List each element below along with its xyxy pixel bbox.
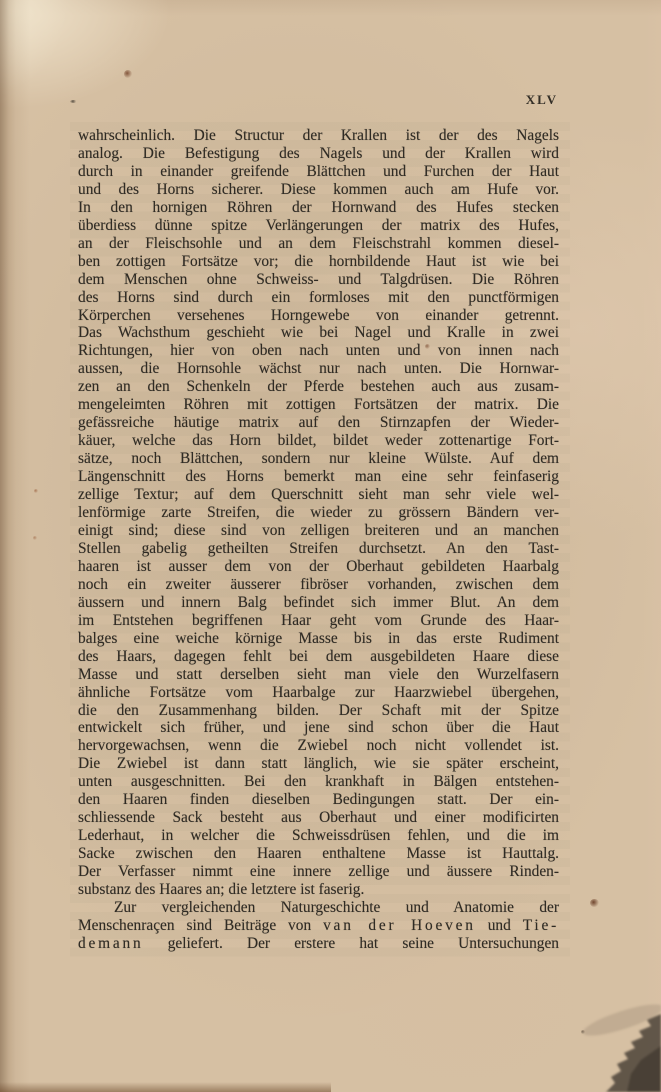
text-segment: unten ausgeschnitten. Bei den krankhaft … [78,773,559,790]
text-segment: die den Zusammenhang bilden. Der Schaft … [78,702,559,719]
text-segment: Sacke zwischen den Haaren enthaltene Mas… [78,845,559,862]
page-number: XLV [0,92,558,108]
letterspaced-name: demann [78,935,144,952]
text-block: wahrscheinlich. Die Structur der Krallen… [78,127,559,953]
text-line: Der Verfasser nimmt eine innere zellige … [78,863,559,881]
text-segment: entwickelt sich früher, und jene sind sc… [78,719,559,736]
text-segment: hervorgewachsen, wenn die Zwiebel noch n… [78,737,559,754]
text-segment: sätze, noch Blättchen, sondern nur klein… [78,450,559,467]
text-segment: überdiess dünne spitze Verlängerungen de… [78,217,559,234]
text-segment: zen an den Schenkeln der Pferde bestehen… [78,378,559,395]
text-line: Menschenraçen sind Beiträge von van der … [78,917,559,935]
text-line: Masse und statt derselben sieht man viel… [78,666,559,684]
text-line: Das Wachsthum geschieht wie bei Nagel un… [78,324,559,342]
text-line: sätze, noch Blättchen, sondern nur klein… [78,450,559,468]
text-segment: käuer, welche das Horn bildet, bildet we… [78,432,559,449]
text-segment: und des Horns sicherer. Diese kommen auc… [78,181,559,198]
text-line: Zur vergleichenden Naturgeschichte und A… [78,899,559,917]
text-segment: Richtungen, hier von oben nach unten und… [78,342,559,359]
text-segment: aussen, die Hornsohle wächst nur nach un… [78,360,559,377]
text-line: aussen, die Hornsohle wächst nur nach un… [78,360,559,378]
text-segment: schliessende Sack besteht aus Oberhaut u… [78,809,559,826]
text-segment: durch in einander greifende Blättchen un… [78,163,559,180]
text-segment: geliefert. Der erstere hat seine Untersu… [144,935,559,952]
text-line: Richtungen, hier von oben nach unten und… [78,342,559,360]
text-line: den Haaren finden dieselben Bedingungen … [78,791,559,809]
text-segment: lenförmige zarte Streifen, die wieder zu… [78,504,559,521]
foxing-dot [33,536,37,540]
text-segment: haaren ist ausser dem von der Oberhaut g… [78,558,559,575]
text-line: Längenschnitt des Horns bemerkt man eine… [78,468,559,486]
text-line: Körperchen versehenes Horngewebe von ein… [78,307,559,325]
text-segment: Menschenraçen sind Beiträge von [78,917,323,934]
foxing-dot [34,489,38,493]
text-segment: ähnliche Fortsätze vom Haarbalge zur Haa… [78,684,559,701]
text-segment: an der Fleischsohle und an dem Fleischst… [78,235,559,252]
text-segment: äussern und innern Balg befindet sich im… [78,594,559,611]
letterspaced-name: van der Hoeven [323,917,476,934]
text-segment: gefässreiche häutige matrix auf den Stir… [78,414,559,431]
text-segment: Zur vergleichenden Naturgeschichte und A… [114,899,559,916]
text-line: äussern und innern Balg befindet sich im… [78,594,559,612]
text-line: mengeleimten Röhren mit zottigen Fortsät… [78,396,559,414]
text-segment: analog. Die Befestigung des Nagels und d… [78,145,559,162]
text-segment: Der Verfasser nimmt eine innere zellige … [78,863,559,880]
text-line: Lederhaut, in welcher die Schweissdrüsen… [78,827,559,845]
text-line: zen an den Schenkeln der Pferde bestehen… [78,378,559,396]
text-segment: In den hornigen Röhren der Hornwand des … [78,199,559,216]
text-segment: des Haars, dagegen fehlt bei dem ausgebi… [78,648,559,665]
foxing-dot [124,70,132,78]
text-segment: Längenschnitt des Horns bemerkt man eine… [78,468,559,485]
text-line: dem Menschen ohne Schweiss- und Talgdrüs… [78,271,559,289]
text-line: ben zottigen Fortsätze vor; die hornbild… [78,253,559,271]
corner-smudge [557,1004,661,1092]
text-segment: Masse und statt derselben sieht man viel… [78,666,559,683]
text-segment: mengeleimten Röhren mit zottigen Fortsät… [78,396,559,413]
text-line: zellige Textur; auf dem Querschnitt sieh… [78,486,559,504]
text-line: Sacke zwischen den Haaren enthaltene Mas… [78,845,559,863]
text-segment: im Entstehen begriffenen Haar geht vom G… [78,612,559,629]
text-line: gefässreiche häutige matrix auf den Stir… [78,414,559,432]
text-line: überdiess dünne spitze Verlängerungen de… [78,217,559,235]
text-segment: balges eine weiche körnige Masse bis in … [78,630,559,647]
text-line: käuer, welche das Horn bildet, bildet we… [78,432,559,450]
text-line: Stellen gabelig getheilten Streifen durc… [78,540,559,558]
text-segment: zellige Textur; auf dem Querschnitt sieh… [78,486,559,503]
text-line: demann geliefert. Der erstere hat seine … [78,935,559,953]
text-line: balges eine weiche körnige Masse bis in … [78,630,559,648]
page-bottom-edge-shadow [0,1082,331,1092]
text-segment: noch ein zweiter äusserer fibröser vorha… [78,576,559,593]
text-segment: und [476,917,523,934]
text-line: wahrscheinlich. Die Structur der Krallen… [78,127,559,145]
text-line: haaren ist ausser dem von der Oberhaut g… [78,558,559,576]
text-line: und des Horns sicherer. Diese kommen auc… [78,181,559,199]
text-segment: Körperchen versehenes Horngewebe von ein… [78,307,559,324]
text-line: substanz des Haares an; die letztere ist… [78,881,559,899]
text-segment: einigt sind; diese sind von zelligen bre… [78,522,559,539]
text-line: des Haars, dagegen fehlt bei dem ausgebi… [78,648,559,666]
text-line: ähnliche Fortsätze vom Haarbalge zur Haa… [78,684,559,702]
text-segment: substanz des Haares an; die letztere ist… [78,881,364,898]
text-line: entwickelt sich früher, und jene sind sc… [78,719,559,737]
letterspaced-name: Tie- [523,917,559,934]
text-line: hervorgewachsen, wenn die Zwiebel noch n… [78,737,559,755]
text-segment: des Horns sind durch ein formloses mit d… [78,289,559,306]
text-segment: den Haaren finden dieselben Bedingungen … [78,791,559,808]
text-line: lenförmige zarte Streifen, die wieder zu… [78,504,559,522]
text-line: Die Zwiebel ist dann statt länglich, wie… [78,755,559,773]
foxing-dot [581,1030,585,1034]
text-segment: Das Wachsthum geschieht wie bei Nagel un… [78,324,559,341]
text-segment: Stellen gabelig getheilten Streifen durc… [78,540,559,557]
foxing-dot [590,899,599,907]
text-segment: dem Menschen ohne Schweiss- und Talgdrüs… [78,271,559,288]
text-segment: Die Zwiebel ist dann statt länglich, wie… [78,755,559,772]
page-left-edge-shadow [0,0,30,1092]
text-segment: ben zottigen Fortsätze vor; die hornbild… [78,253,559,270]
text-line: noch ein zweiter äusserer fibröser vorha… [78,576,559,594]
text-line: an der Fleischsohle und an dem Fleischst… [78,235,559,253]
text-line: einigt sind; diese sind von zelligen bre… [78,522,559,540]
text-line: unten ausgeschnitten. Bei den krankhaft … [78,773,559,791]
text-segment: wahrscheinlich. Die Structur der Krallen… [78,127,559,144]
book-page: XLV wahrscheinlich. Die Structur der Kra… [0,0,661,1092]
text-line: durch in einander greifende Blättchen un… [78,163,559,181]
text-line: im Entstehen begriffenen Haar geht vom G… [78,612,559,630]
text-line: des Horns sind durch ein formloses mit d… [78,289,559,307]
text-line: analog. Die Befestigung des Nagels und d… [78,145,559,163]
text-line: schliessende Sack besteht aus Oberhaut u… [78,809,559,827]
text-segment: Lederhaut, in welcher die Schweissdrüsen… [78,827,559,844]
text-line: die den Zusammenhang bilden. Der Schaft … [78,702,559,720]
text-line: In den hornigen Röhren der Hornwand des … [78,199,559,217]
